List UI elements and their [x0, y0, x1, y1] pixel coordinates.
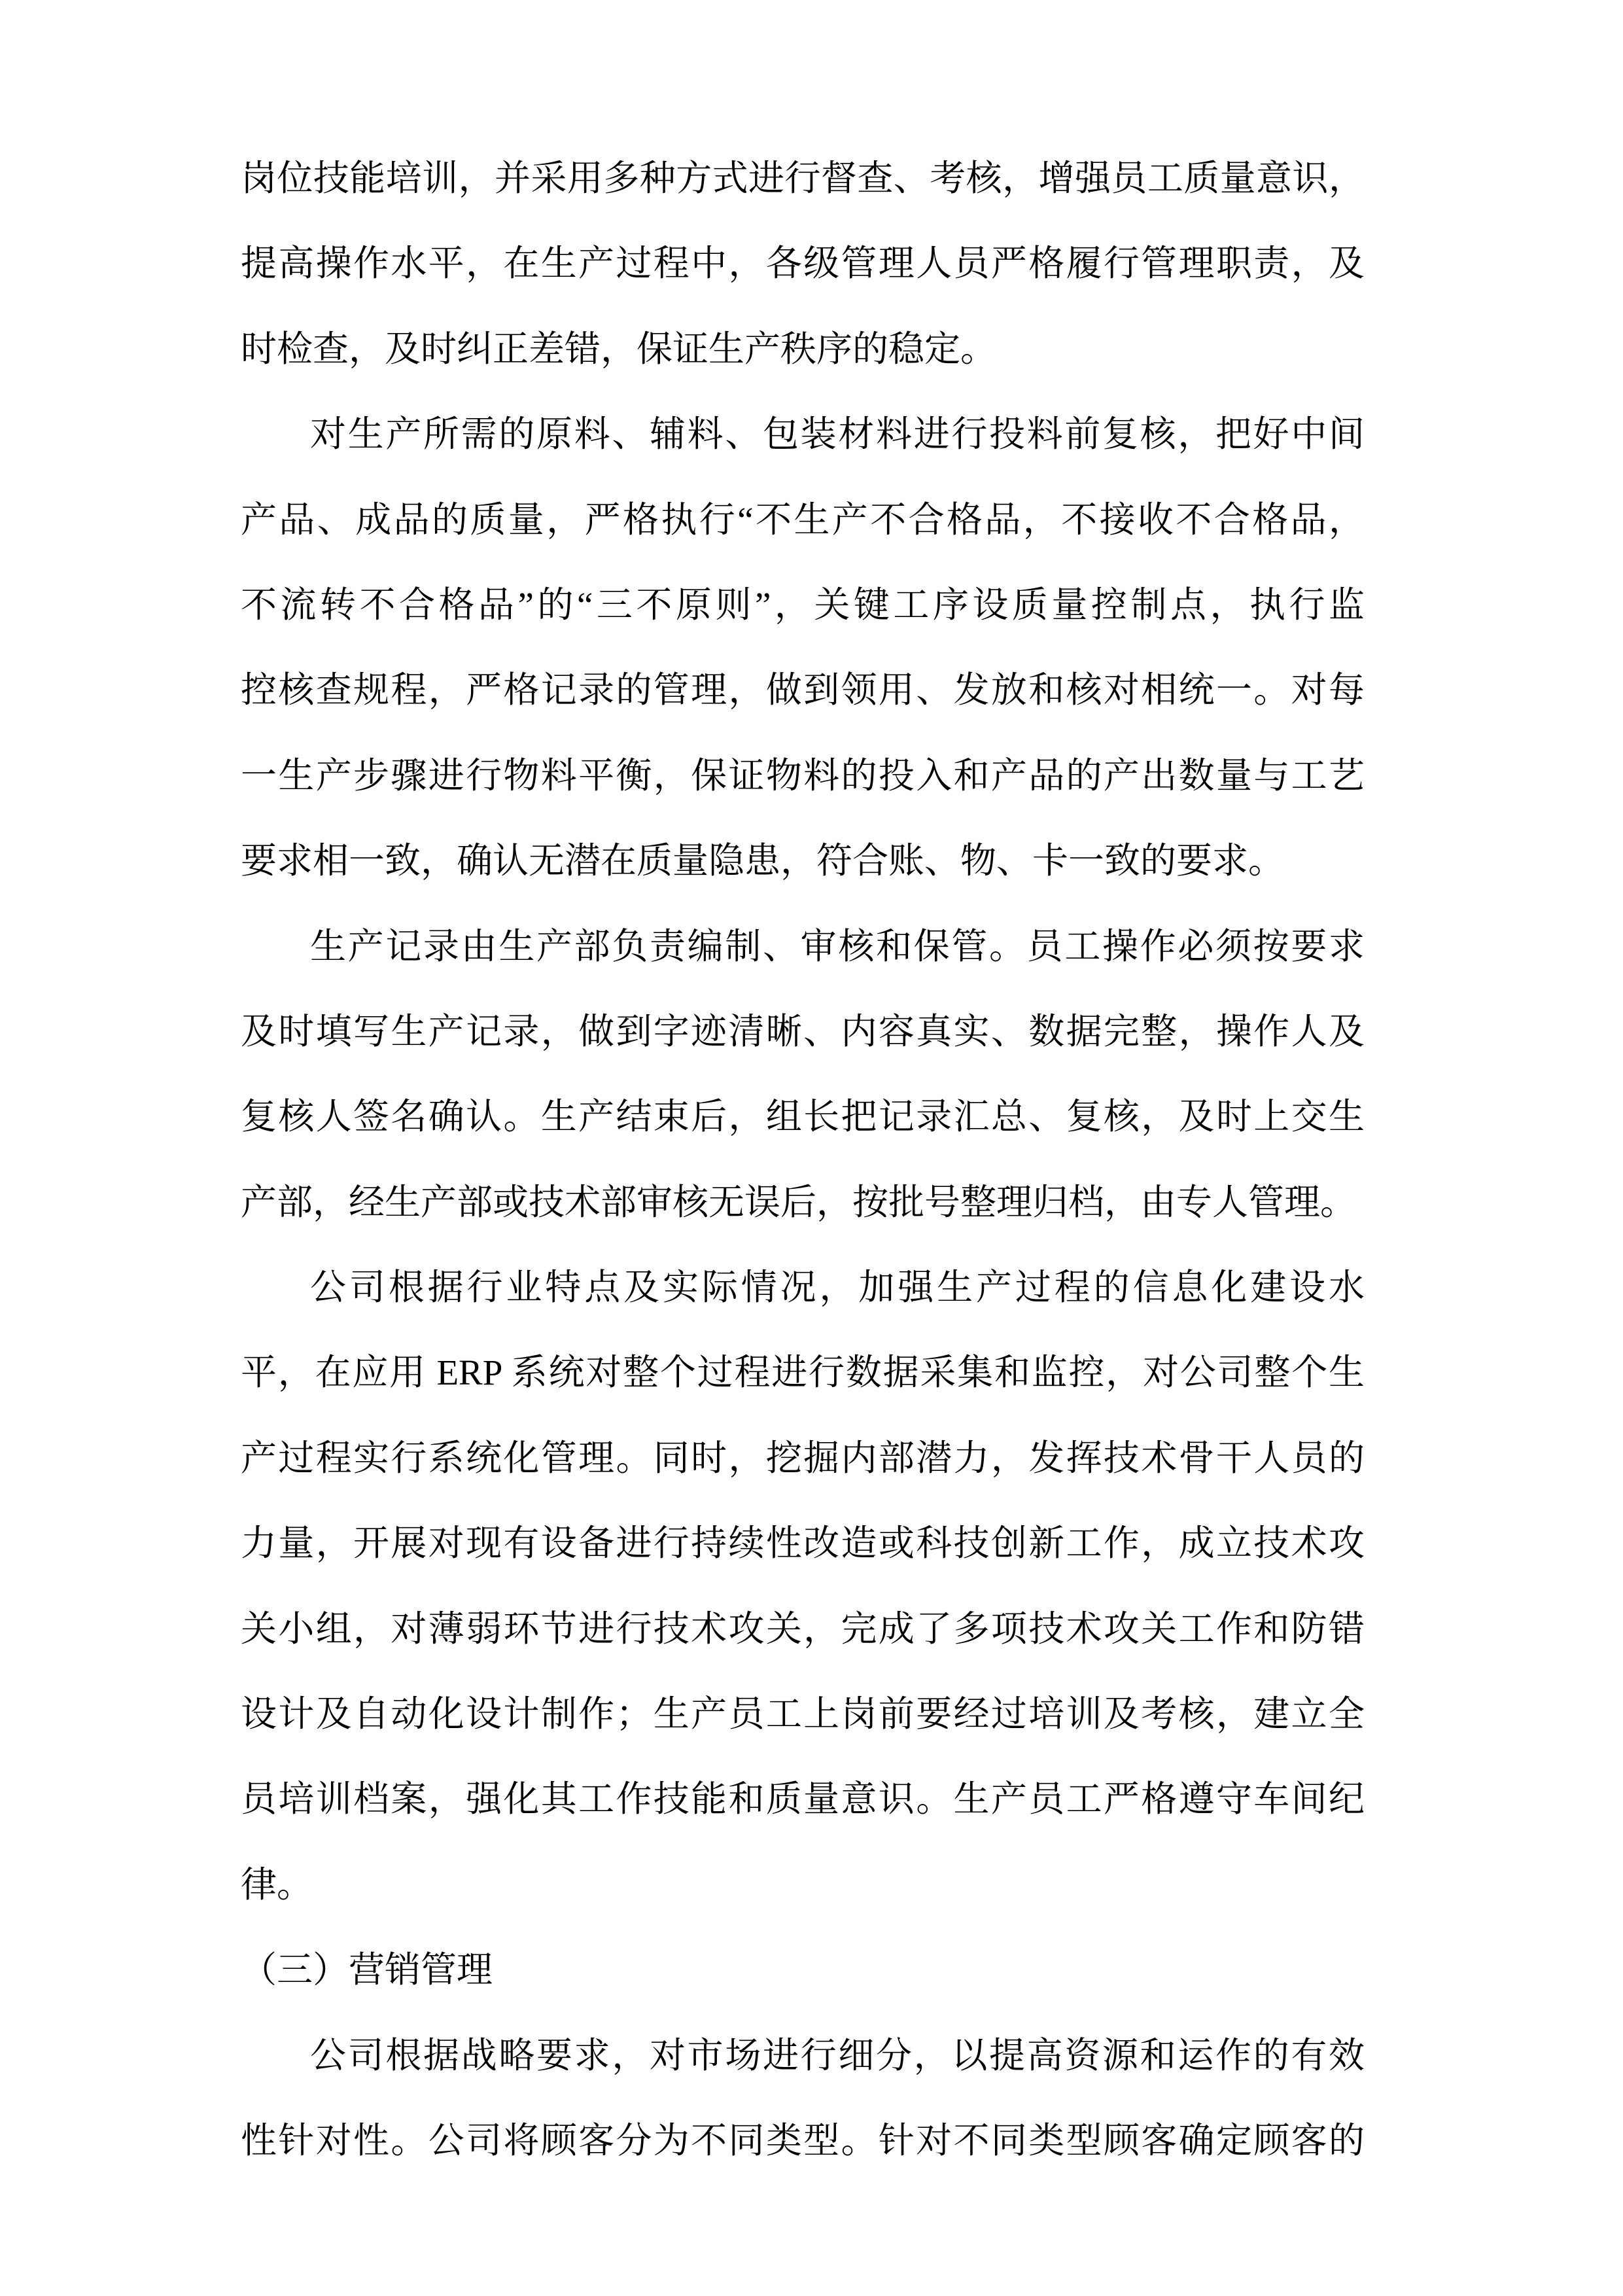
page: { "page": { "background_color": "#ffffff… — [0, 0, 1623, 2296]
paragraph: （三）营销管理 — [241, 1928, 1365, 2013]
text-line: 设计及自动化设计制作；生产员工上岗前要经过培训及考核，建立全 — [241, 1672, 1365, 1757]
text-line: （三）营销管理 — [241, 1928, 1365, 2013]
text-line: 产过程实行系统化管理。同时，挖掘内部潜力，发挥技术骨干人员的 — [241, 1416, 1365, 1501]
paragraph: 公司根据战略要求，对市场进行细分，以提高资源和运作的有效性针对性。公司将顾客分为… — [241, 2013, 1365, 2184]
text-line: 员培训档案，强化其工作技能和质量意识。生产员工严格遵守车间纪 — [241, 1757, 1365, 1842]
text-line: 及时填写生产记录，做到字迹清晰、内容真实、数据完整，操作人及 — [241, 989, 1365, 1074]
text-line: 生产记录由生产部负责编制、审核和保管。员工操作必须按要求 — [241, 904, 1365, 989]
text-line: 一生产步骤进行物料平衡，保证物料的投入和产品的产出数量与工艺 — [241, 733, 1365, 819]
document-body: 岗位技能培训，并采用多种方式进行督查、考核，增强员工质量意识，提高操作水平，在生… — [241, 136, 1365, 2183]
text-line: 岗位技能培训，并采用多种方式进行督查、考核，增强员工质量意识， — [241, 136, 1365, 221]
paragraph: 对生产所需的原料、辅料、包装材料进行投料前复核，把好中间产品、成品的质量，严格执… — [241, 392, 1365, 904]
text-line: 平，在应用 ERP 系统对整个过程进行数据采集和监控，对公司整个生 — [241, 1330, 1365, 1415]
text-line: 对生产所需的原料、辅料、包装材料进行投料前复核，把好中间 — [241, 392, 1365, 477]
text-line: 律。 — [241, 1843, 1365, 1928]
text-line: 产品、成品的质量，严格执行“不生产不合格品，不接收不合格品， — [241, 478, 1365, 563]
paragraph: 岗位技能培训，并采用多种方式进行督查、考核，增强员工质量意识，提高操作水平，在生… — [241, 136, 1365, 392]
text-line: 性针对性。公司将顾客分为不同类型。针对不同类型顾客确定顾客的 — [241, 2098, 1365, 2183]
text-line: 时检查，及时纠正差错，保证生产秩序的稳定。 — [241, 307, 1365, 392]
text-line: 控核查规程，严格记录的管理，做到领用、发放和核对相统一。对每 — [241, 648, 1365, 733]
paragraph: 生产记录由生产部负责编制、审核和保管。员工操作必须按要求及时填写生产记录，做到字… — [241, 904, 1365, 1246]
text-line: 力量，开展对现有设备进行持续性改造或科技创新工作，成立技术攻 — [241, 1501, 1365, 1586]
text-line: 复核人签名确认。生产结束后，组长把记录汇总、复核，及时上交生 — [241, 1074, 1365, 1159]
text-line: 要求相一致，确认无潜在质量隐患，符合账、物、卡一致的要求。 — [241, 819, 1365, 904]
text-line: 公司根据行业特点及实际情况，加强生产过程的信息化建设水 — [241, 1245, 1365, 1330]
text-line: 产部，经生产部或技术部审核无误后，按批号整理归档，由专人管理。 — [241, 1160, 1365, 1245]
text-line: 不流转不合格品”的“三不原则”，关键工序设质量控制点，执行监 — [241, 563, 1365, 648]
paragraph: 公司根据行业特点及实际情况，加强生产过程的信息化建设水平，在应用 ERP 系统对… — [241, 1245, 1365, 1928]
text-line: 提高操作水平，在生产过程中，各级管理人员严格履行管理职责，及 — [241, 221, 1365, 306]
text-line: 关小组，对薄弱环节进行技术攻关，完成了多项技术攻关工作和防错 — [241, 1587, 1365, 1672]
text-line: 公司根据战略要求，对市场进行细分，以提高资源和运作的有效 — [241, 2013, 1365, 2098]
